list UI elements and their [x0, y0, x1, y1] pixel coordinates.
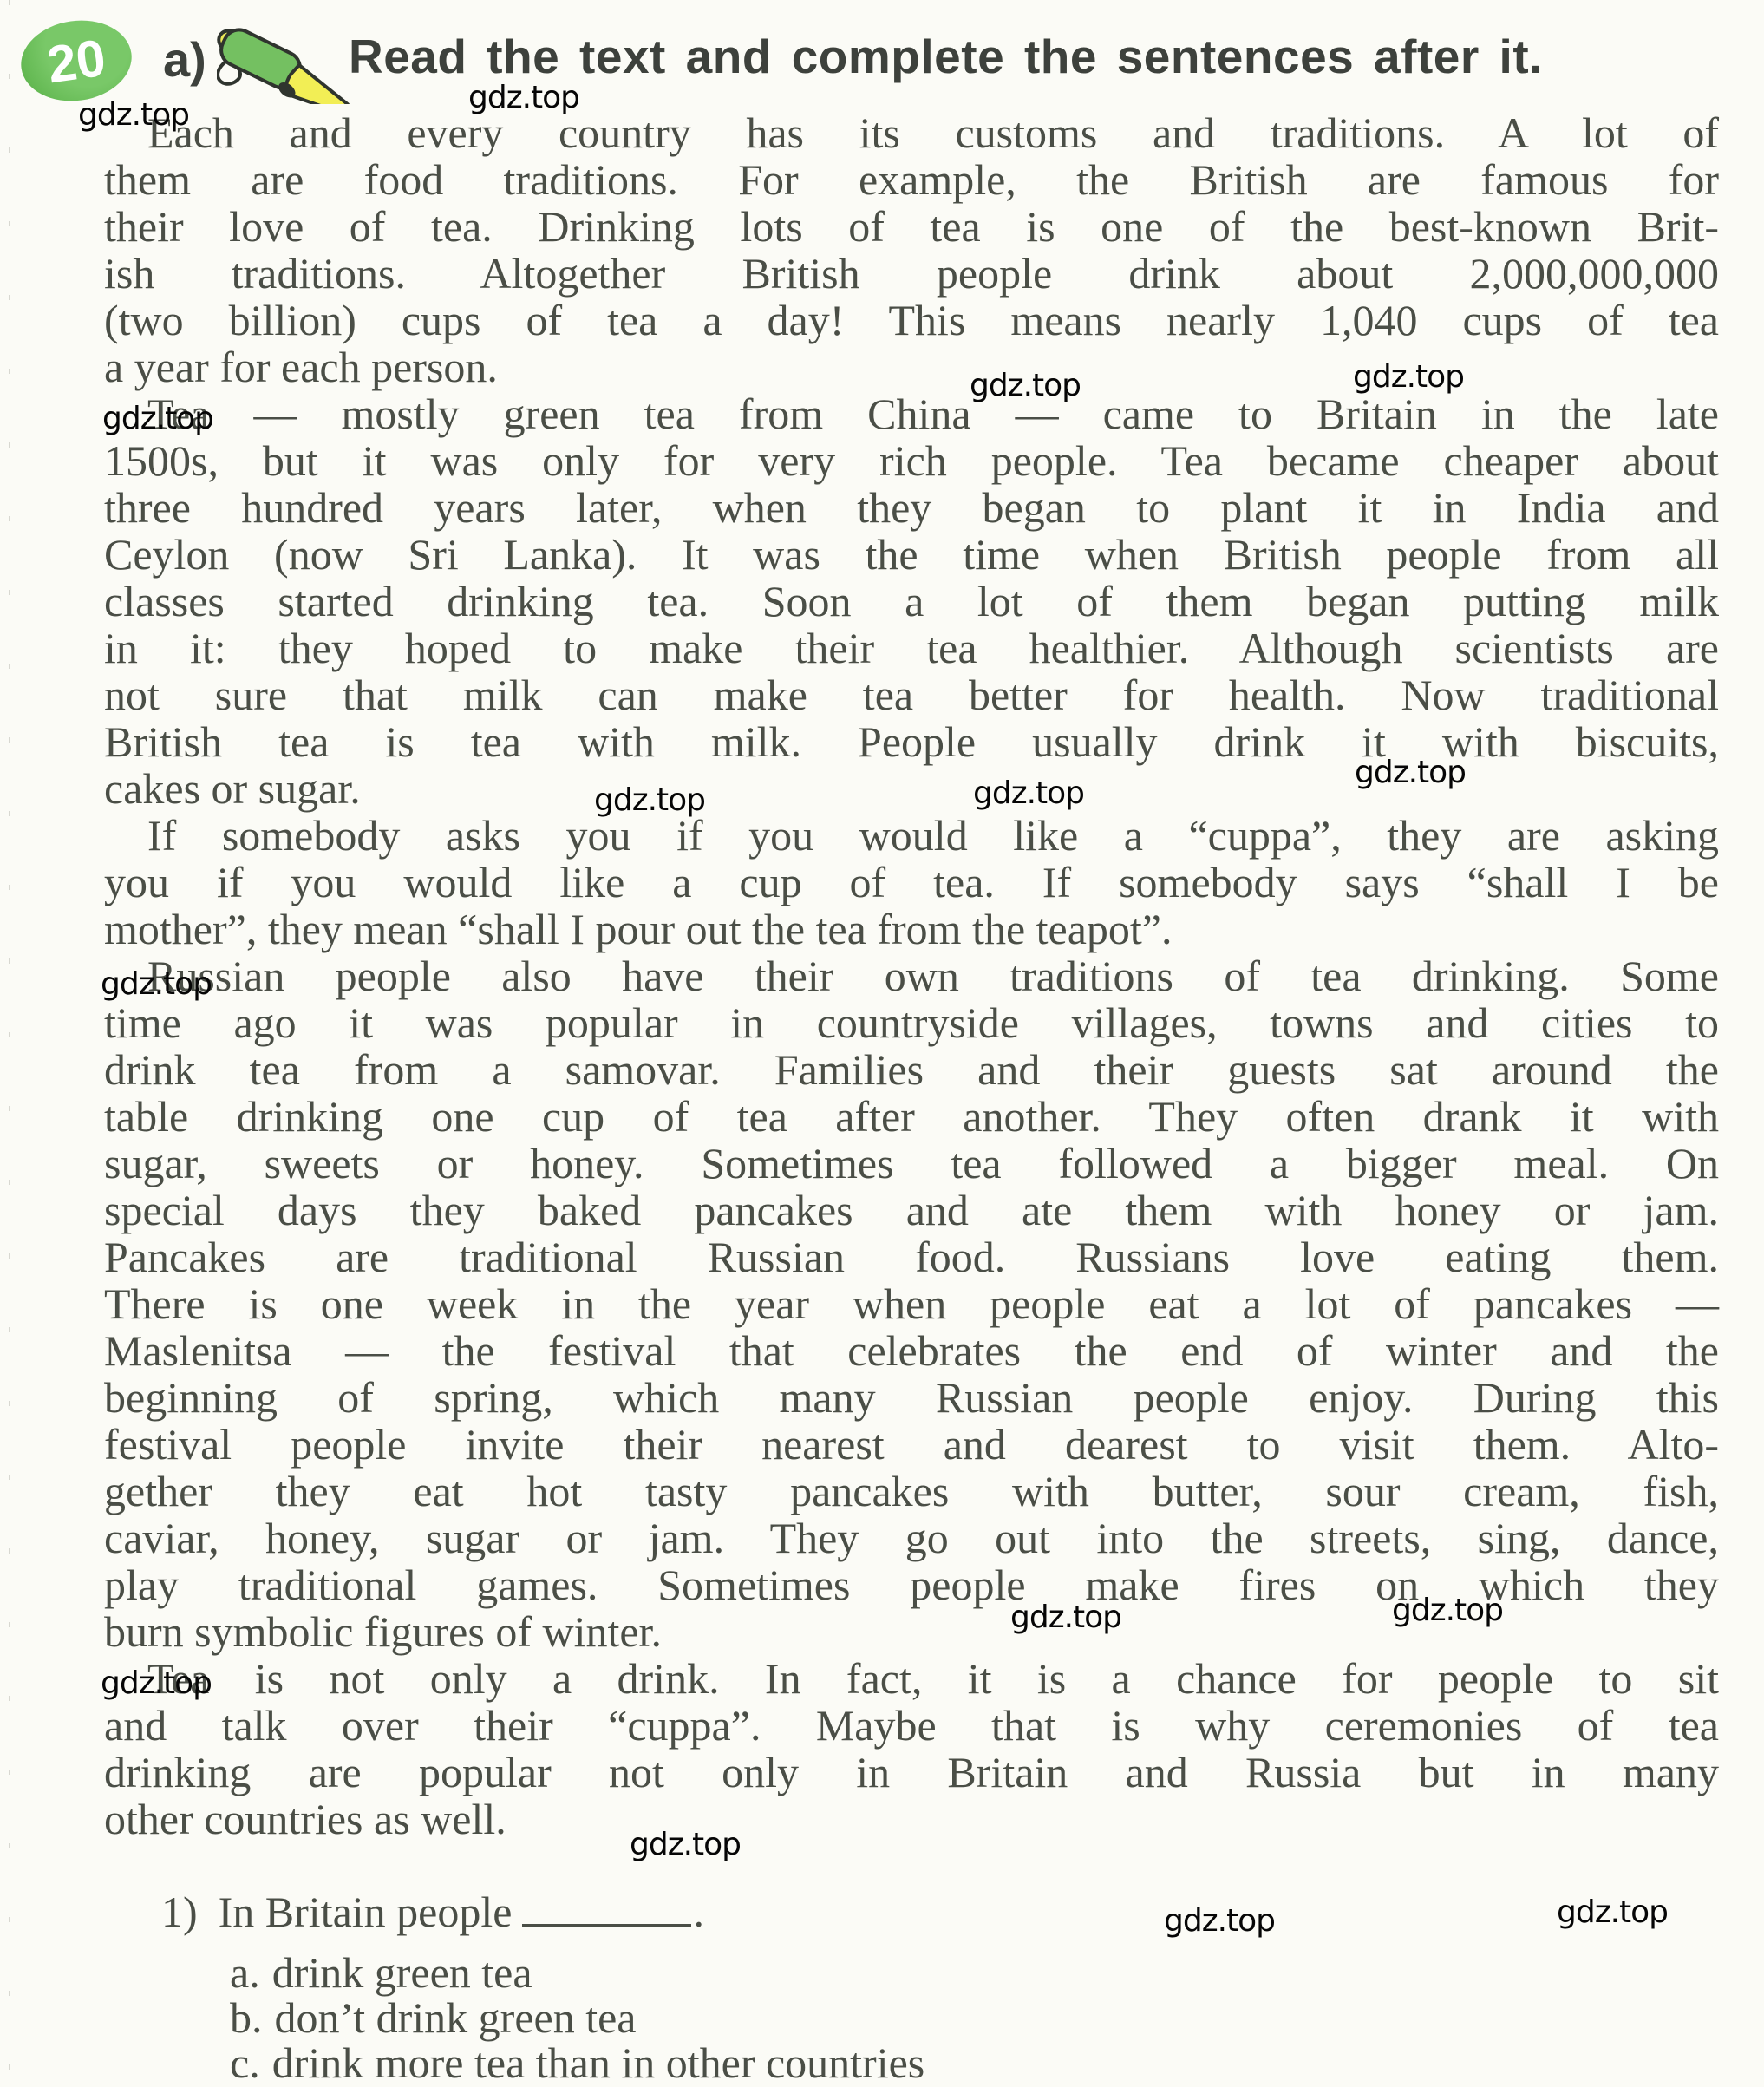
- pen-barrel: [282, 63, 357, 104]
- watermark: gdz.top: [102, 401, 213, 436]
- text-line: not sure that milk can make tea better f…: [104, 671, 1719, 718]
- text-line: special days they baked pancakes and ate…: [104, 1187, 1719, 1233]
- text-line: you if you would like a cup of tea. If s…: [104, 859, 1719, 906]
- option-text: drink green tea: [272, 1948, 532, 1997]
- answer-option: b.don’t drink green tea: [230, 1995, 1735, 2040]
- text-line: (two billion) cups of tea a day! This me…: [104, 297, 1719, 343]
- option-letter: b.: [230, 1993, 263, 2042]
- text-line: a year for each person.: [104, 343, 1719, 390]
- text-line: British tea is tea with milk. People usu…: [104, 718, 1719, 765]
- answer-option: c.drink more tea than in other countries: [230, 2040, 1735, 2085]
- text-line: drink tea from a samovar. Families and t…: [104, 1046, 1719, 1093]
- watermark: gdz.top: [630, 1827, 741, 1862]
- text-line: time ago it was popular in countryside v…: [104, 999, 1719, 1046]
- question-number: 1): [161, 1887, 198, 1936]
- watermark: gdz.top: [1010, 1600, 1121, 1635]
- option-text: don’t drink green tea: [275, 1993, 637, 2042]
- page-edge-marks: [9, 0, 10, 2087]
- option-text: drink more tea than in other countries: [272, 2038, 925, 2087]
- text-line: Each and every country has its customs a…: [104, 109, 1719, 156]
- text-line: table drinking one cup of tea after anot…: [104, 1093, 1719, 1140]
- reading-text: Each and every country has its customs a…: [104, 109, 1719, 1842]
- watermark: gdz.top: [1355, 755, 1466, 790]
- text-line: and talk over their “cuppa”. Maybe that …: [104, 1702, 1719, 1749]
- answer-blank[interactable]: [522, 1893, 691, 1927]
- text-line: festival people invite their nearest and…: [104, 1421, 1719, 1468]
- text-line: their love of tea. Drinking lots of tea …: [104, 203, 1719, 250]
- text-line: other countries as well.: [104, 1796, 1719, 1842]
- text-line: drinking are popular not only in Britain…: [104, 1749, 1719, 1796]
- watermark: gdz.top: [973, 775, 1084, 811]
- text-line: There is one week in the year when peopl…: [104, 1280, 1719, 1327]
- text-line: cakes or sugar.: [104, 765, 1719, 812]
- question-block: 1)In Britain people. a.drink green teab.…: [104, 1887, 1735, 2085]
- text-line: Russian people also have their own tradi…: [104, 952, 1719, 999]
- question-stem-line: 1)In Britain people.: [161, 1887, 1735, 1936]
- option-letter: a.: [230, 1948, 260, 1997]
- watermark: gdz.top: [1557, 1894, 1668, 1930]
- text-line: Tea is not only a drink. In fact, it is …: [104, 1655, 1719, 1702]
- question-stem: In Britain people: [219, 1887, 513, 1936]
- watermark: gdz.top: [101, 966, 212, 1002]
- text-line: Tea — mostly green tea from China — came…: [104, 390, 1719, 437]
- instruction-heading: Read the text and complete the sentences…: [349, 31, 1543, 82]
- answer-option: a.drink green tea: [230, 1950, 1735, 1995]
- watermark: gdz.top: [468, 80, 579, 115]
- text-line: them are food traditions. For example, t…: [104, 156, 1719, 203]
- text-line: gether they eat hot tasty pancakes with …: [104, 1468, 1719, 1515]
- watermark: gdz.top: [1164, 1903, 1275, 1939]
- pen-icon: [217, 9, 364, 104]
- textbook-page: 20 a) Read the text and complete the sen…: [0, 0, 1764, 2087]
- text-line: Maslenitsa — the festival that celebrate…: [104, 1327, 1719, 1374]
- text-line: three hundred years later, when they beg…: [104, 484, 1719, 531]
- text-line: caviar, honey, sugar or jam. They go out…: [104, 1515, 1719, 1561]
- exercise-number: 20: [43, 27, 109, 95]
- text-line: in it: they hoped to make their tea heal…: [104, 625, 1719, 671]
- text-line: If somebody asks you if you would like a…: [104, 812, 1719, 859]
- text-line: beginning of spring, which many Russian …: [104, 1374, 1719, 1421]
- option-letter: c.: [230, 2038, 260, 2087]
- text-line: Pancakes are traditional Russian food. R…: [104, 1233, 1719, 1280]
- exercise-number-badge: 20: [16, 14, 137, 108]
- text-line: classes started drinking tea. Soon a lot…: [104, 578, 1719, 625]
- watermark: gdz.top: [1392, 1593, 1503, 1628]
- text-line: 1500s, but it was only for very rich peo…: [104, 437, 1719, 484]
- text-line: sugar, sweets or honey. Sometimes tea fo…: [104, 1140, 1719, 1187]
- watermark: gdz.top: [1353, 359, 1464, 395]
- watermark: gdz.top: [594, 782, 705, 818]
- text-line: mother”, they mean “shall I pour out the…: [104, 906, 1719, 952]
- part-label: a): [163, 35, 206, 85]
- text-line: Ceylon (now Sri Lanka). It was the time …: [104, 531, 1719, 578]
- text-line: ish traditions. Altogether British peopl…: [104, 250, 1719, 297]
- question-stem-suffix: .: [693, 1887, 704, 1936]
- watermark: gdz.top: [970, 368, 1081, 403]
- watermark: gdz.top: [78, 97, 189, 133]
- answer-options: a.drink green teab.don’t drink green tea…: [230, 1950, 1735, 2085]
- watermark: gdz.top: [101, 1665, 212, 1701]
